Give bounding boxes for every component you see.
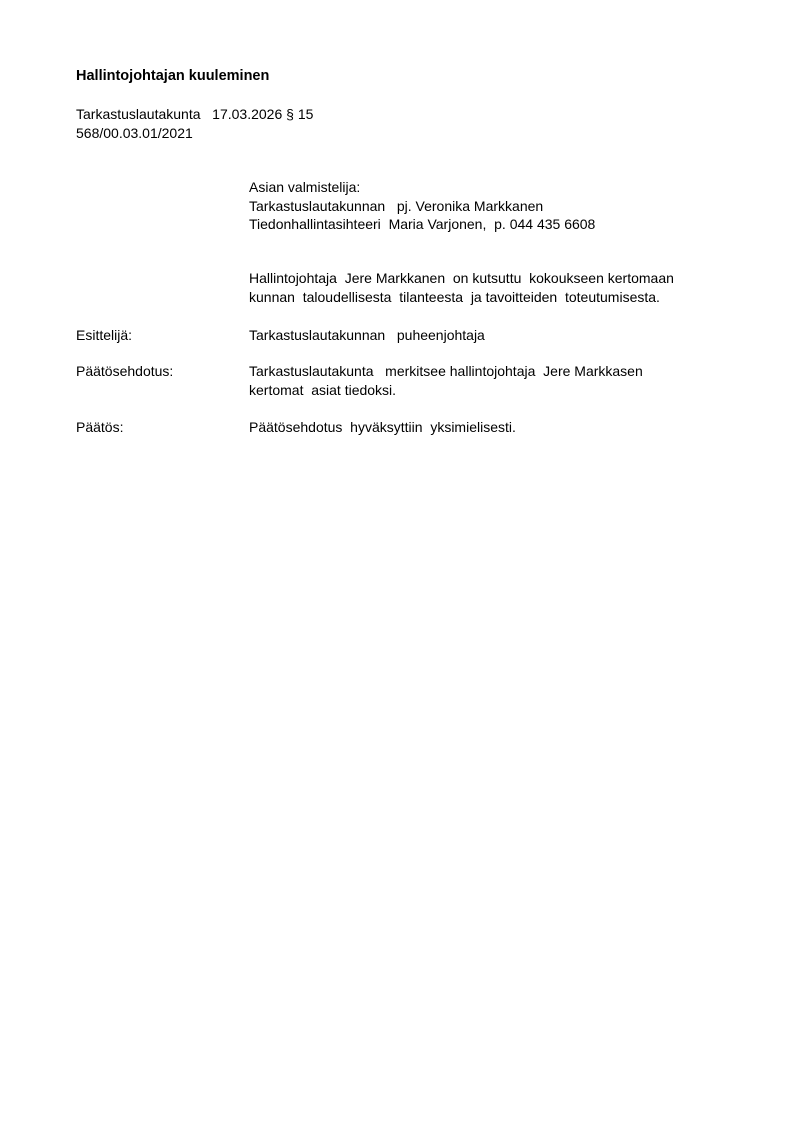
document-title: Hallintojohtajan kuuleminen bbox=[76, 67, 269, 86]
body-line: kunnan taloudellisesta tilanteesta ja ta… bbox=[249, 288, 660, 307]
preparer-line: Tiedonhallintasihteeri Maria Varjonen, p… bbox=[249, 215, 595, 234]
record-number: 568/00.03.01/2021 bbox=[76, 124, 193, 143]
field-label-decision: Päätös: bbox=[76, 418, 123, 437]
field-value-proposal: Tarkastuslautakunta merkitsee hallintojo… bbox=[249, 362, 643, 381]
body-line: Hallintojohtaja Jere Markkanen on kutsut… bbox=[249, 269, 674, 288]
field-value-proposal: kertomat asiat tiedoksi. bbox=[249, 381, 396, 400]
field-label-proposal: Päätösehdotus: bbox=[76, 362, 173, 381]
field-value-decision: Päätösehdotus hyväksyttiin yksimielisest… bbox=[249, 418, 516, 437]
preparer-line: Tarkastuslautakunnan pj. Veronika Markka… bbox=[249, 197, 543, 216]
meeting-line: Tarkastuslautakunta 17.03.2026 § 15 bbox=[76, 105, 313, 124]
field-label-presenter: Esittelijä: bbox=[76, 326, 132, 345]
preparers-heading: Asian valmistelija: bbox=[249, 178, 360, 197]
field-value-presenter: Tarkastuslautakunnan puheenjohtaja bbox=[249, 326, 485, 345]
